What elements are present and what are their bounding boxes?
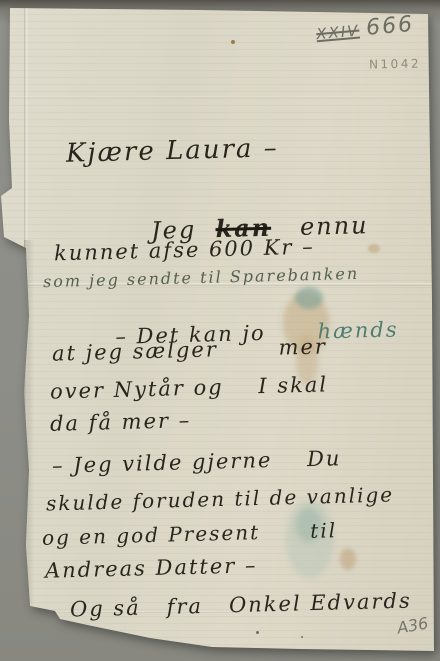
paper-shadow: XXIV666 N1042 Kjære Laura – Jeg kan ennu… bbox=[0, 0, 440, 661]
teal-ink-word: hænds bbox=[317, 317, 399, 343]
handwriting-line: Andreas Datter – bbox=[45, 553, 258, 583]
handwriting-line: over Nytår og I skal bbox=[50, 372, 329, 403]
catalog-note: XXIV666 bbox=[315, 12, 415, 45]
handwriting-line: – Jeg vilde gjerne Du bbox=[52, 446, 342, 478]
letter-paper: XXIV666 N1042 Kjære Laura – Jeg kan ennu… bbox=[0, 0, 440, 661]
archive-stamp: N1042 bbox=[369, 57, 421, 72]
small-tan-stain bbox=[368, 244, 380, 253]
catalog-roman-numeral: XXIV bbox=[316, 22, 361, 44]
horizontal-crease bbox=[8, 96, 428, 98]
handwriting-line-greeting: Kjære Laura – bbox=[66, 133, 279, 169]
catalog-number: 666 bbox=[365, 12, 415, 41]
handwriting-line: da få mer – bbox=[50, 408, 192, 436]
scan-background: XXIV666 N1042 Kjære Laura – Jeg kan ennu… bbox=[0, 0, 440, 661]
bottom-pencil-mark: A36 bbox=[396, 613, 430, 637]
paper-speck bbox=[256, 631, 259, 634]
handwriting-line: skulde foruden til de vanlige bbox=[46, 482, 395, 515]
paper-speck bbox=[231, 40, 235, 44]
torn-edge-shading bbox=[24, 240, 34, 610]
handwriting-line: Og så fra Onkel Edvards bbox=[70, 589, 412, 622]
small-tan-stain bbox=[340, 548, 356, 570]
paper-speck bbox=[301, 636, 303, 638]
